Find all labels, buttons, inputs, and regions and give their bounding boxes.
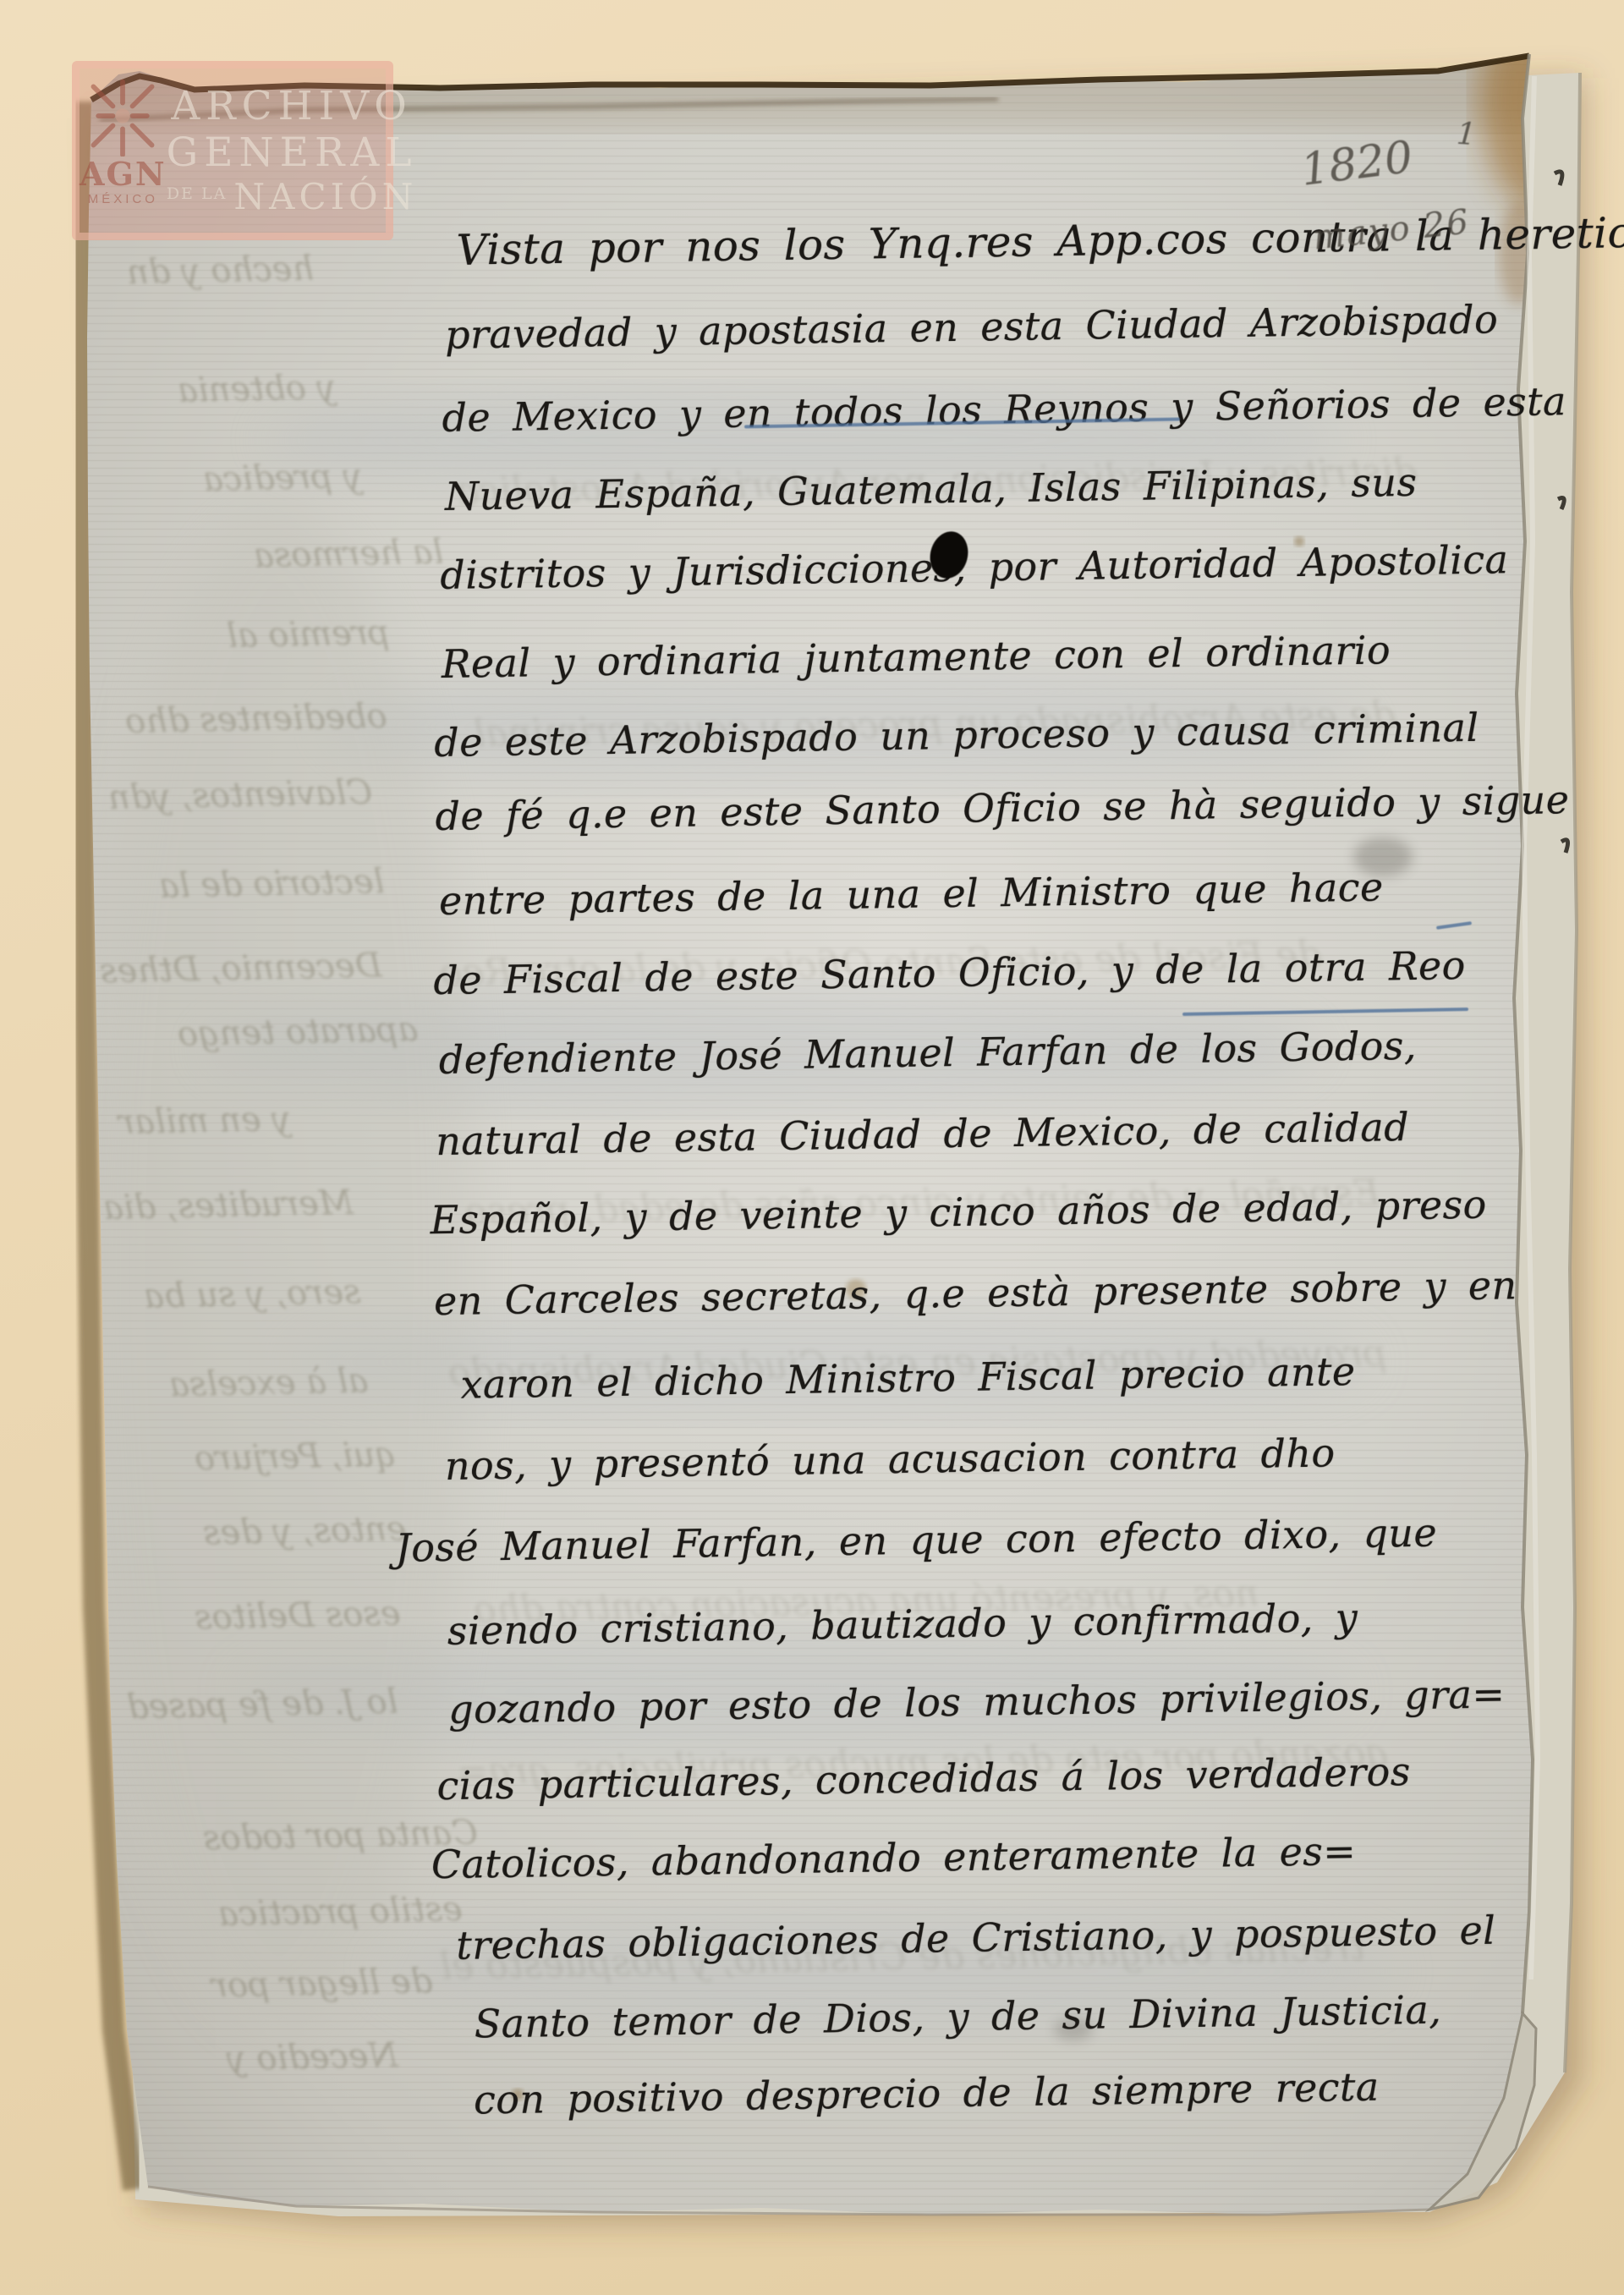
manuscript-line: de Fiscal de este Santo Oficio, y de la …: [433, 944, 1466, 1002]
watermark-line-nacion: DE LA NACIÓN: [167, 179, 418, 215]
manuscript-line: distritos y Jurisdicciones, por Autorida…: [440, 538, 1509, 596]
agn-title: ARCHIVO GENERAL DE LA NACIÓN: [167, 69, 423, 233]
manuscript-line: gozando por esto de los muchos privilegi…: [448, 1673, 1506, 1732]
ink-smudge: [1054, 2018, 1093, 2040]
manuscript-line: defendiente José Manuel Farfan de los Go…: [438, 1024, 1417, 1082]
archive-scan: hecho y dn y obtenia y predica la hermos…: [0, 0, 1624, 2295]
manuscript-line: Nueva España, Guatemala, Islas Filipinas…: [445, 461, 1418, 519]
manuscript-line: xaron el dicho Ministro Fiscal precio an…: [460, 1350, 1356, 1406]
manuscript-line: pravedad y apostasia en esta Ciudad Arzo…: [445, 298, 1499, 356]
ink-smudge: [1353, 837, 1413, 876]
manuscript-line: Real y ordinaria juntamente con el ordin…: [442, 629, 1391, 685]
watermark-line-archivo: ARCHIVO: [171, 86, 413, 126]
manuscript-line: trechas obligaciones de Cristiano, y pos…: [456, 1909, 1496, 1968]
manuscript-line: natural de esta Ciudad de Mexico, de cal…: [436, 1106, 1409, 1163]
manuscript-line: de fé q.e en este Santo Oficio se hà seg…: [435, 778, 1569, 837]
watermark-nacion: NACIÓN: [233, 176, 417, 217]
manuscript-line: José Manuel Farfan, en que con efecto di…: [395, 1512, 1437, 1570]
agn-logo: AGN MÉXICO: [80, 69, 167, 233]
manuscript-line: de Mexico y en todos los Reynos y Señori…: [442, 380, 1566, 439]
agn-star-icon: [82, 75, 163, 156]
manuscript-line: entre partes de la una el Ministro que h…: [439, 866, 1384, 923]
manuscript-line: con positivo desprecio de la siempre rec…: [474, 2066, 1380, 2122]
manuscript-line: de este Arzobispado un proceso y causa c…: [434, 706, 1479, 765]
manuscript-line: Español, y de veinte y cinco años de eda…: [430, 1183, 1487, 1242]
manuscript-line: Catolicos, abandonando enteramente la es…: [431, 1830, 1357, 1886]
agn-acronym: AGN: [80, 158, 167, 190]
manuscript-line: nos, y presentó una acusacion contra dho: [445, 1431, 1336, 1487]
watermark-line-general: GENERAL: [167, 133, 418, 173]
manuscript-line: cias particulares, concedidas á los verd…: [436, 1750, 1411, 1808]
annotation-year: 1820: [1298, 135, 1415, 193]
agn-caption: MÉXICO: [88, 193, 158, 206]
watermark-de-la: DE LA: [167, 184, 234, 203]
annotation-folio: 1: [1456, 119, 1477, 151]
manuscript-line: siendo cristiano, bautizado y confirmado…: [447, 1596, 1358, 1653]
manuscript-text: Vista por nos los Ynq.res App.cos contra…: [0, 0, 1624, 2295]
manuscript-line: en Carceles secretas, q.e està presente …: [434, 1264, 1517, 1323]
manuscript-line: Santo temor de Dios, y de su Divina Just…: [474, 1989, 1441, 2046]
agn-watermark: AGN MÉXICO ARCHIVO GENERAL DE LA NACIÓN: [72, 61, 393, 240]
